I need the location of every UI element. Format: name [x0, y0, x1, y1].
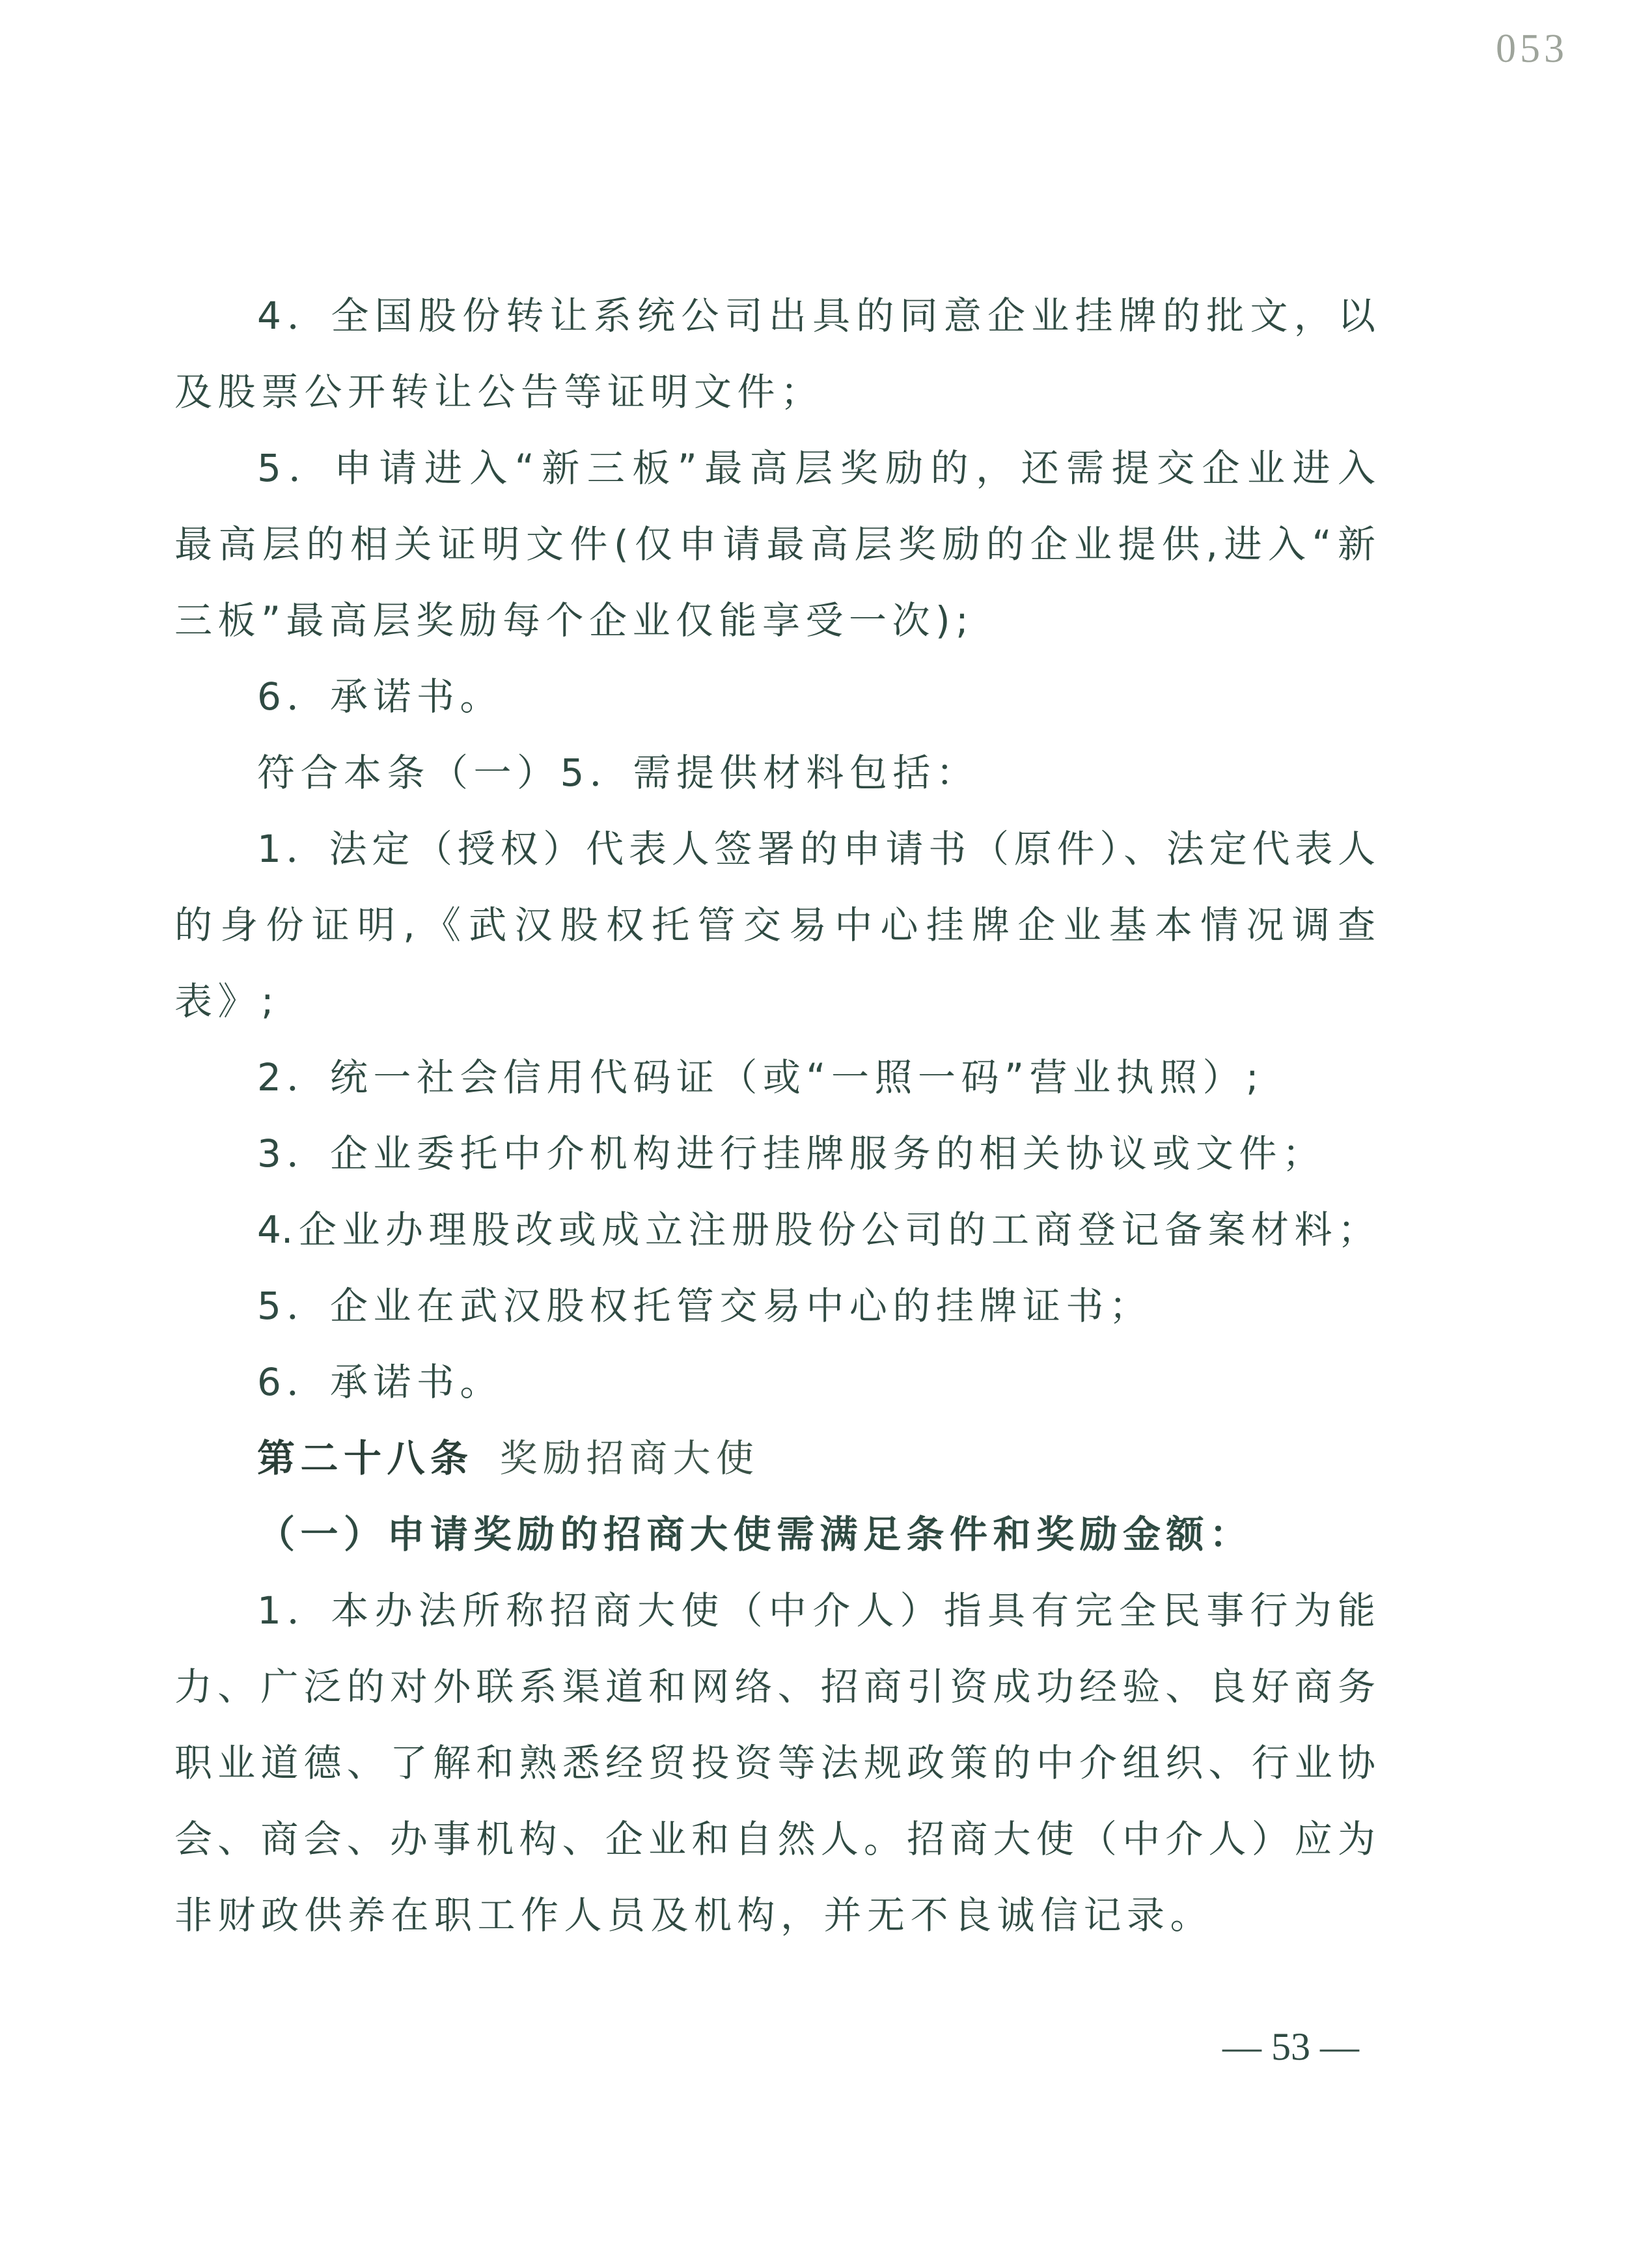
page-number: — 53 —: [1216, 2025, 1366, 2069]
text-line: 5．企业在武汉股权托管交易中心的挂牌证书；: [257, 1268, 1375, 1344]
text-line: 3．企业委托中介机构进行挂牌服务的相关协议或文件；: [257, 1116, 1375, 1192]
text-line: 力、广泛的对外联系渠道和网络、招商引资成功经验、良好商务: [174, 1649, 1375, 1725]
text-line: 6．承诺书。: [257, 1344, 1375, 1420]
text-line: 表》;: [174, 963, 1375, 1040]
text-line: 会、商会、办事机构、企业和自然人。招商大使（中介人）应为: [174, 1801, 1375, 1877]
subsection-heading: （一）申请奖励的招商大使需满足条件和奖励金额：: [257, 1497, 1375, 1573]
text-line: 最高层的相关证明文件(仅申请最高层奖励的企业提供,进入“新: [174, 506, 1375, 583]
text-line: 2．统一社会信用代码证（或“一照一码”营业执照）;: [257, 1040, 1375, 1116]
text-line: 1．本办法所称招商大使（中介人）指具有完全民事行为能: [257, 1573, 1375, 1649]
text-line: 的身份证明,《武汉股权托管交易中心挂牌企业基本情况调查: [174, 887, 1375, 963]
text-line: 符合本条（一）5．需提供材料包括：: [257, 735, 1375, 811]
text-line: 6．承诺书。: [257, 659, 1375, 735]
text-line: 5．申请进入“新三板”最高层奖励的，还需提交企业进入: [257, 430, 1375, 506]
text-line: 职业道德、了解和熟悉经贸投资等法规政策的中介组织、行业协: [174, 1725, 1375, 1801]
text-line: 非财政供养在职工作人员及机构，并无不良诚信记录。: [174, 1877, 1375, 1954]
article-title: 奖励招商大使: [500, 1436, 760, 1480]
text-line: 4.企业办理股改或成立注册股份公司的工商登记备案材料；: [257, 1192, 1375, 1268]
text-line: 1．法定（授权）代表人签署的申请书（原件）、法定代表人: [257, 811, 1375, 887]
archive-stamp-number: 053: [1496, 26, 1568, 72]
text-line: 4．全国股份转让系统公司出具的同意企业挂牌的批文，以: [257, 278, 1375, 354]
article-number: 第二十八条: [257, 1436, 474, 1480]
text-line: 及股票公开转让公告等证明文件；: [174, 354, 1375, 430]
document-page: 053 4．全国股份转让系统公司出具的同意企业挂牌的批文，以 及股票公开转让公告…: [0, 0, 1626, 2268]
article-heading: 第二十八条奖励招商大使: [257, 1420, 1375, 1497]
text-line: 三板”最高层奖励每个企业仅能享受一次);: [174, 583, 1375, 659]
